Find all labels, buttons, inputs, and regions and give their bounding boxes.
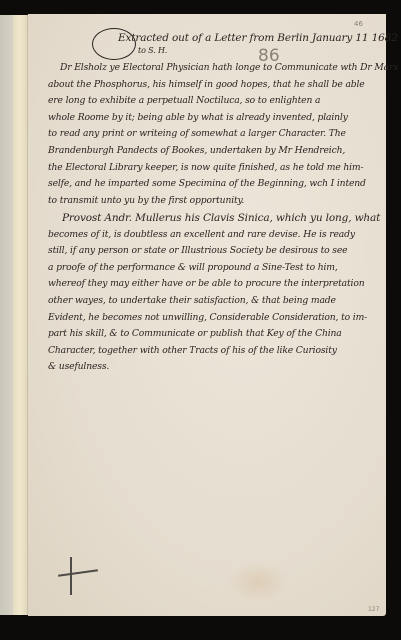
binding-guard-strip <box>13 15 28 615</box>
text-line: part his skill, & to Communicate or publ… <box>48 328 380 345</box>
heading-line-1: Extracted out of a Letter from Berlin Ja… <box>118 32 398 44</box>
text-line: a proofe of the performance & will propo… <box>48 262 380 279</box>
text-line: whereof they may either have or be able … <box>48 278 380 295</box>
text-line: whole Roome by it; being able by what is… <box>48 112 398 129</box>
heading-line-2: to S. H. <box>138 46 167 55</box>
text-line: other wayes, to undertake their satisfac… <box>48 295 380 312</box>
cross-vertical-stroke <box>70 557 72 595</box>
paragraph-1: Dr Elsholz ye Electoral Physician hath l… <box>60 62 398 211</box>
text-line: about the Phosphorus, his himself in goo… <box>48 79 398 96</box>
paper-stain <box>228 562 288 602</box>
text-line: becomes of it, is doubtless an excellent… <box>48 229 380 246</box>
text-line: to read any print or writeing of somewha… <box>48 128 398 145</box>
text-line: Brandenburgh Pandects of Bookes, underta… <box>48 145 398 162</box>
text-line: Evident, he becomes not unwilling, Consi… <box>48 312 380 329</box>
bottom-corner-number: 127 <box>368 606 379 613</box>
manuscript-scan: Extracted out of a Letter from Berlin Ja… <box>0 0 401 640</box>
text-line: & usefulness. <box>48 361 380 378</box>
text-line: the Electoral Library keeper, is now qui… <box>48 162 398 179</box>
text-line: ere long to exhibite a perpetuall Noctil… <box>48 95 398 112</box>
corner-number: 46 <box>354 20 363 28</box>
text-line: Character, together with other Tracts of… <box>48 345 380 362</box>
paragraph-2: Provost Andr. Mullerus his Clavis Sinica… <box>62 212 380 378</box>
text-line: selfe, and he imparted some Specimina of… <box>48 178 398 195</box>
text-line: Dr Elsholz ye Electoral Physician hath l… <box>60 62 398 79</box>
text-line: to transmit unto yu by the first opportu… <box>48 195 398 212</box>
text-line: still, if any person or state or Illustr… <box>48 245 380 262</box>
text-line: Provost Andr. Mullerus his Clavis Sinica… <box>62 212 380 229</box>
